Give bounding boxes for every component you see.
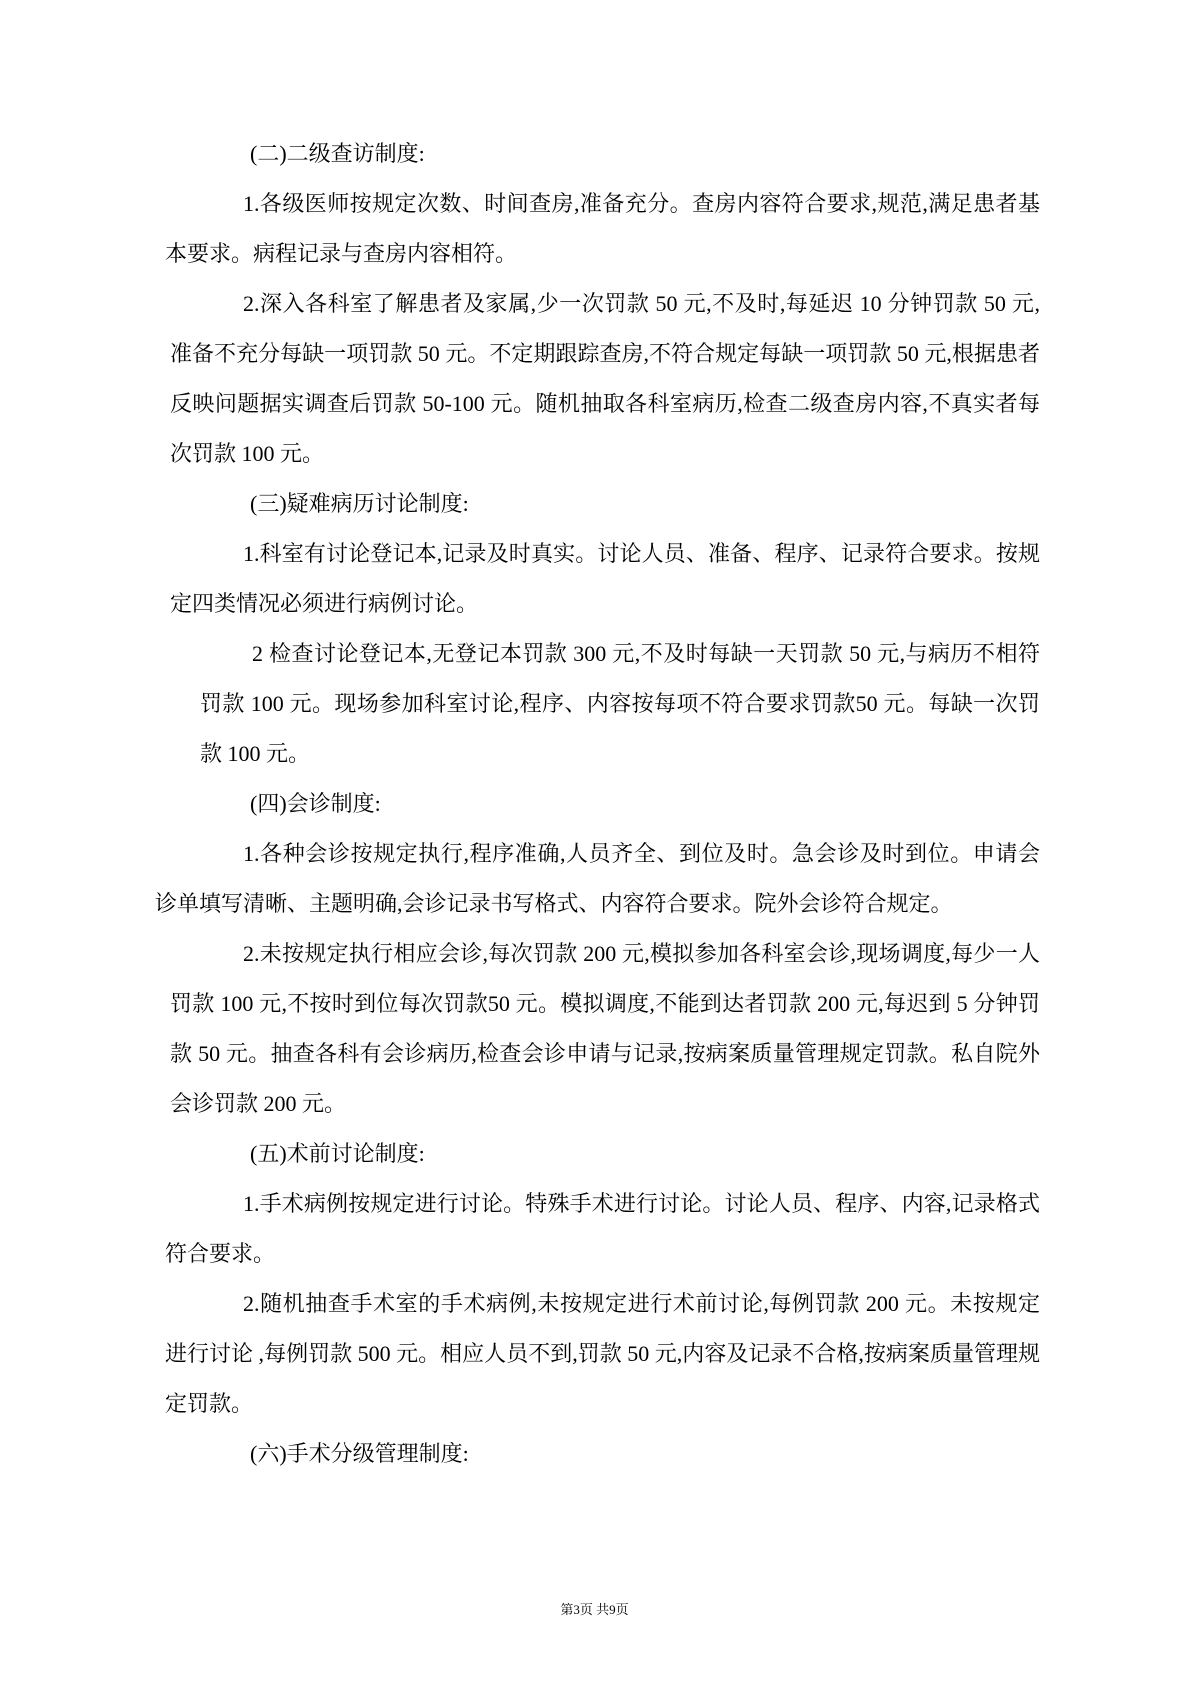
section-heading-preop-discussion: (五)术前讨论制度: <box>155 1129 1040 1179</box>
paragraph-case-discussion-item-1: 1.科室有讨论登记本,记录及时真实。讨论人员、准备、程序、记录符合要求。按规定四… <box>155 529 1040 629</box>
paragraph-ward-round-item-2: 2.深入各科室了解患者及家属,少一次罚款 50 元,不及时,每延迟 10 分钟罚… <box>155 279 1040 479</box>
paragraph-preop-discussion-item-1: 1.手术病例按规定进行讨论。特殊手术进行讨论。讨论人员、程序、内容,记录格式符合… <box>155 1179 1040 1279</box>
section-heading-consultation-system: (四)会诊制度: <box>155 779 1040 829</box>
paragraph-case-discussion-item-2: 2 检查讨论登记本,无登记本罚款 300 元,不及时每缺一天罚款 50 元,与病… <box>155 629 1040 779</box>
section-heading-surgery-grading: (六)手术分级管理制度: <box>155 1429 1040 1479</box>
paragraph-consultation-item-2: 2.未按规定执行相应会诊,每次罚款 200 元,模拟参加各科室会诊,现场调度,每… <box>155 929 1040 1129</box>
section-heading-case-discussion: (三)疑难病历讨论制度: <box>155 479 1040 529</box>
paragraph-consultation-item-1: 1.各种会诊按规定执行,程序准确,人员齐全、到位及时。急会诊及时到位。申请会诊单… <box>155 829 1040 929</box>
page-number-indicator: 第3页 共9页 <box>560 1602 628 1617</box>
page-footer: 第3页 共9页 <box>0 1600 1189 1620</box>
document-body: (二)二级查访制度: 1.各级医师按规定次数、时间查房,准备充分。查房内容符合要… <box>155 129 1040 1479</box>
document-page: (二)二级查访制度: 1.各级医师按规定次数、时间查房,准备充分。查房内容符合要… <box>0 0 1189 1682</box>
paragraph-ward-round-item-1: 1.各级医师按规定次数、时间查房,准备充分。查房内容符合要求,规范,满足患者基本… <box>155 179 1040 279</box>
paragraph-preop-discussion-item-2: 2.随机抽查手术室的手术病例,未按规定进行术前讨论,每例罚款 200 元。未按规… <box>155 1279 1040 1429</box>
section-heading-ward-round-system: (二)二级查访制度: <box>155 129 1040 179</box>
